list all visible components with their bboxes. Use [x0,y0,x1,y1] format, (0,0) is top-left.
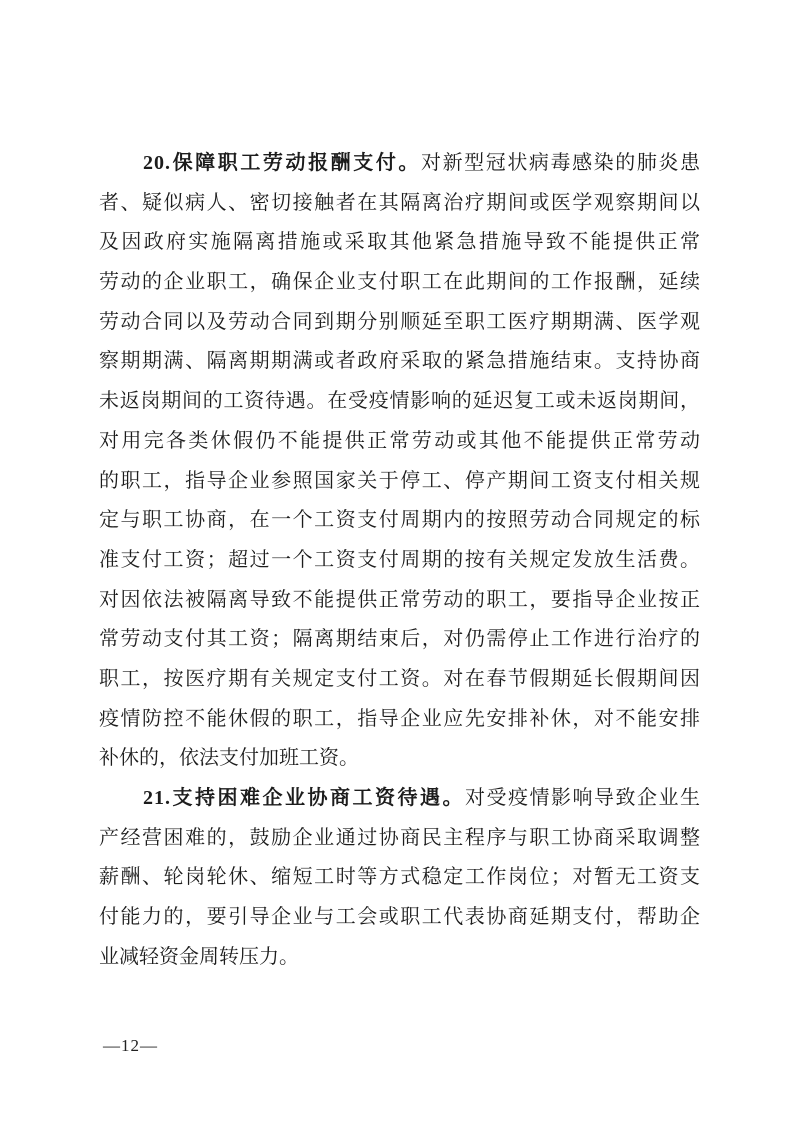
text-line: 薪酬、轮岗轮休、缩短工时等方式稳定工作岗位；对暂无工资支 [99,858,700,898]
text-line: 补休的，依法支付加班工资。 [99,739,700,779]
text-line: 定与职工协商，在一个工资支付周期内的按照劳动合同规定的标 [99,501,700,541]
line-text: 疫情防控不能休假的职工，指导企业应先安排补休，对不能安排 [99,708,700,730]
line-text: 付能力的，要引导企业与工会或职工代表协商延期支付，帮助企 [99,906,700,928]
text-line: 产经营困难的，鼓励企业通过协商民主程序与职工协商采取调整 [99,819,700,859]
line-text: 定与职工协商，在一个工资支付周期内的按照劳动合同规定的标 [99,509,700,531]
line-text: 对因依法被隔离导致不能提供正常劳动的职工，要指导企业按正 [99,589,700,611]
document-page: 20.保障职工劳动报酬支付。对新型冠状病毒感染的肺炎患者、疑似病人、密切接触者在… [0,0,793,1122]
line-text: 对用完各类休假仍不能提供正常劳动或其他不能提供正常劳动 [99,430,700,452]
line-text: 者、疑似病人、密切接触者在其隔离治疗期间或医学观察期间以 [99,192,700,214]
page-number: —12— [103,1034,158,1058]
line-text: 补休的，依法支付加班工资。 [99,747,359,769]
text-line: 劳动合同以及劳动合同到期分别顺延至职工医疗期期满、医学观 [99,303,700,343]
line-text: 对新型冠状病毒感染的肺炎患 [421,152,700,174]
clause-heading: 20.保障职工劳动报酬支付。 [143,152,421,174]
text-line: 疫情防控不能休假的职工，指导企业应先安排补休，对不能安排 [99,700,700,740]
text-line: 未返岗期间的工资待遇。在受疫情影响的延迟复工或未返岗期间， [99,382,700,422]
text-line: 职工，按医疗期有关规定支付工资。对在春节假期延长假期间因 [99,660,700,700]
text-line: 常劳动支付其工资；隔离期结束后，对仍需停止工作进行治疗的 [99,620,700,660]
text-line: 者、疑似病人、密切接触者在其隔离治疗期间或医学观察期间以 [99,184,700,224]
text-line: 对因依法被隔离导致不能提供正常劳动的职工，要指导企业按正 [99,581,700,621]
line-text: 的职工，指导企业参照国家关于停工、停产期间工资支付相关规 [99,470,700,492]
text-line: 21.支持困难企业协商工资待遇。对受疫情影响导致企业生 [99,779,700,819]
line-text: 对受疫情影响导致企业生 [465,787,700,809]
line-text: 常劳动支付其工资；隔离期结束后，对仍需停止工作进行治疗的 [99,628,700,650]
text-line: 察期期满、隔离期期满或者政府采取的紧急措施结束。支持协商 [99,342,700,382]
line-text: 劳动合同以及劳动合同到期分别顺延至职工医疗期期满、医学观 [99,311,700,333]
line-text: 职工，按医疗期有关规定支付工资。对在春节假期延长假期间因 [99,668,700,690]
text-line: 对用完各类休假仍不能提供正常劳动或其他不能提供正常劳动 [99,422,700,462]
text-line: 的职工，指导企业参照国家关于停工、停产期间工资支付相关规 [99,462,700,502]
line-text: 未返岗期间的工资待遇。在受疫情影响的延迟复工或未返岗期间， [99,390,700,412]
document-body: 20.保障职工劳动报酬支付。对新型冠状病毒感染的肺炎患者、疑似病人、密切接触者在… [99,144,700,977]
text-line: 20.保障职工劳动报酬支付。对新型冠状病毒感染的肺炎患 [99,144,700,184]
line-text: 薪酬、轮岗轮休、缩短工时等方式稳定工作岗位；对暂无工资支 [99,866,700,888]
line-text: 劳动的企业职工，确保企业支付职工在此期间的工作报酬，延续 [99,271,700,293]
text-line: 准支付工资；超过一个工资支付周期的按有关规定发放生活费。 [99,541,700,581]
line-text: 察期期满、隔离期期满或者政府采取的紧急措施结束。支持协商 [99,350,700,372]
line-text: 业减轻资金周转压力。 [99,946,299,968]
line-text: 及因政府实施隔离措施或采取其他紧急措施导致不能提供正常 [99,231,700,253]
clause-heading: 21.支持困难企业协商工资待遇。 [143,787,465,809]
text-line: 付能力的，要引导企业与工会或职工代表协商延期支付，帮助企 [99,898,700,938]
text-line: 业减轻资金周转压力。 [99,938,700,978]
text-line: 及因政府实施隔离措施或采取其他紧急措施导致不能提供正常 [99,223,700,263]
line-text: 产经营困难的，鼓励企业通过协商民主程序与职工协商采取调整 [99,827,700,849]
text-line: 劳动的企业职工，确保企业支付职工在此期间的工作报酬，延续 [99,263,700,303]
line-text: 准支付工资；超过一个工资支付周期的按有关规定发放生活费。 [99,549,700,571]
